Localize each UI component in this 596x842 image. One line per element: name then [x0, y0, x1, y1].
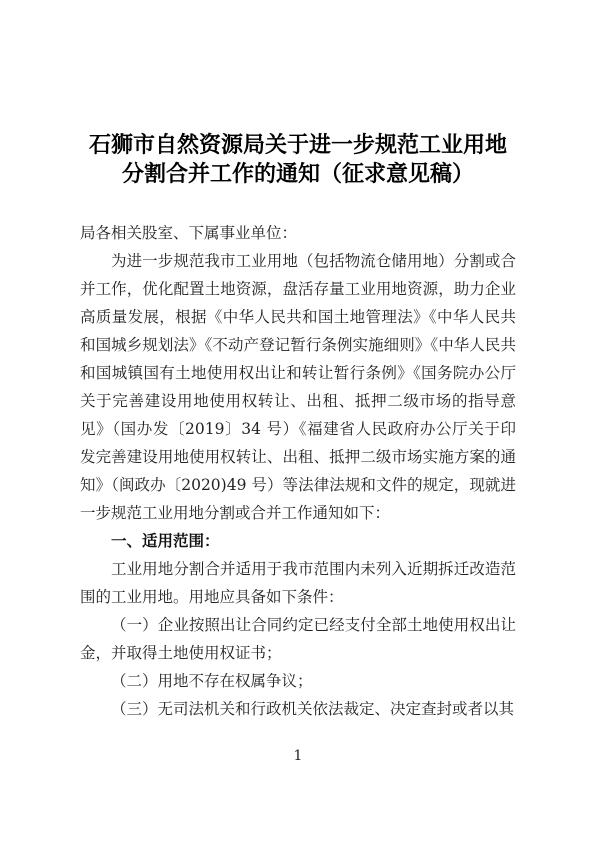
section-1-heading: 一、适用范围： [80, 527, 516, 555]
document-title-line-1: 石狮市自然资源局关于进一步规范工业用地 [89, 132, 507, 158]
condition-item-3: （三）无司法机关和行政机关依法裁定、决定查封或者以其 [80, 695, 516, 723]
intro-paragraph: 为进一步规范我市工业用地（包括物流仓储用地）分割或合并工作，优化配置土地资源，盘… [80, 247, 516, 527]
document-title: 石狮市自然资源局关于进一步规范工业用地 分割合并工作的通知（征求意见稿） [0, 0, 596, 189]
document-title-line-2: 分割合并工作的通知（征求意见稿） [122, 161, 474, 187]
condition-item-1: （一）企业按照出让合同约定已经支付全部土地使用权出让金，并取得土地使用权证书； [80, 611, 516, 667]
section-1-intro: 工业用地分割合并适用于我市范围内未列入近期拆迁改造范围的工业用地。用地应具备如下… [80, 555, 516, 611]
document-page: 石狮市自然资源局关于进一步规范工业用地 分割合并工作的通知（征求意见稿） 局各相… [0, 0, 596, 842]
page-number: 1 [0, 747, 596, 765]
salutation-line: 局各相关股室、下属事业单位： [80, 219, 516, 247]
document-body: 局各相关股室、下属事业单位： 为进一步规范我市工业用地（包括物流仓储用地）分割或… [80, 219, 516, 723]
condition-item-2: （二）用地不存在权属争议； [80, 667, 516, 695]
